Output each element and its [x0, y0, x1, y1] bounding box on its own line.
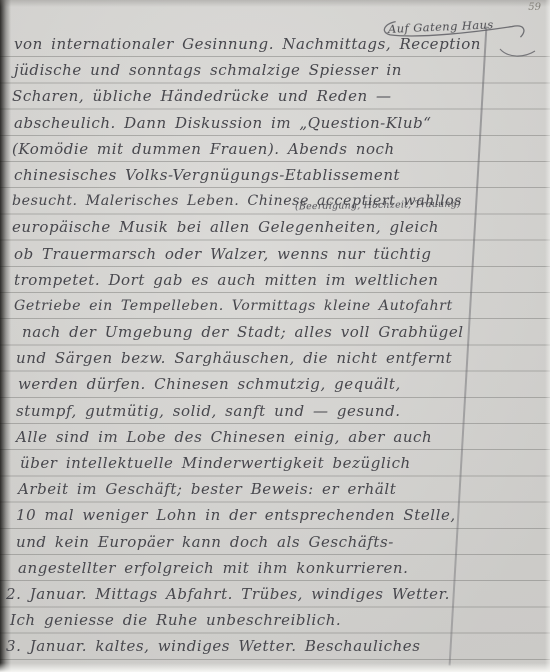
- handwriting-line: über intellektuelle Minderwertigkeit bez…: [0, 450, 550, 476]
- handwriting-line: trompetet. Dort gab es auch mitten im we…: [0, 267, 550, 293]
- handwriting-line: werden dürfen. Chinesen schmutzig, gequä…: [0, 371, 550, 397]
- handwriting-line: Arbeit im Geschäft; bester Beweis: er er…: [0, 476, 550, 502]
- handwriting-line: chinesisches Volks-Vergnügungs-Etablisse…: [0, 162, 550, 188]
- handwriting-line: stumpf, gutmütig, solid, sanft und — ges…: [0, 398, 550, 424]
- handwriting-line: 10 mal weniger Lohn in der entsprechende…: [0, 502, 550, 528]
- handwriting-line: 3. Januar. kaltes, windiges Wetter. Besc…: [0, 633, 550, 659]
- handwriting-line: besucht. Malerisches Leben. Chinese acce…: [0, 188, 550, 214]
- manuscript-scan-page: 59 Auf Gateng Haus von internationaler G…: [0, 0, 550, 672]
- handwriting-line: Getriebe ein Tempelleben. Vormittags kle…: [0, 293, 550, 319]
- handwriting-line: (Komödie mit dummen Frauen). Abends noch: [0, 136, 550, 162]
- handwriting-line: und kein Europäer kann doch als Geschäft…: [0, 529, 550, 555]
- handwriting-line: nach der Umgebung der Stadt; alles voll …: [0, 319, 550, 345]
- handwriting-line: angestellter erfolgreich mit ihm konkurr…: [0, 555, 550, 581]
- bottom-edge-highlight: [0, 663, 550, 672]
- handwriting-line: abscheulich. Dann Diskussion im „Questio…: [0, 110, 550, 136]
- handwriting-line: jüdische und sonntags schmalzige Spiesse…: [0, 57, 550, 83]
- handwriting-line: Scharen, übliche Händedrücke und Reden —: [0, 83, 550, 109]
- handwriting-block: von internationaler Gesinnung. Nachmitta…: [0, 31, 550, 660]
- handwriting-line: Ich geniesse die Ruhe unbeschreiblich.: [0, 607, 550, 633]
- handwriting-line: 2. Januar. Mittags Abfahrt. Trübes, wind…: [0, 581, 550, 607]
- handwriting-line: Alle sind im Lobe des Chinesen einig, ab…: [0, 424, 550, 450]
- handwriting-line: ob Trauermarsch oder Walzer, wenns nur t…: [0, 241, 550, 267]
- handwriting-line: europäische Musik bei allen Gelegenheite…: [0, 214, 550, 240]
- top-edge-shadow: [0, 0, 550, 7]
- handwriting-line: von internationaler Gesinnung. Nachmitta…: [0, 31, 550, 57]
- handwriting-line: und Särgen bezw. Sarghäuschen, die nicht…: [0, 345, 550, 371]
